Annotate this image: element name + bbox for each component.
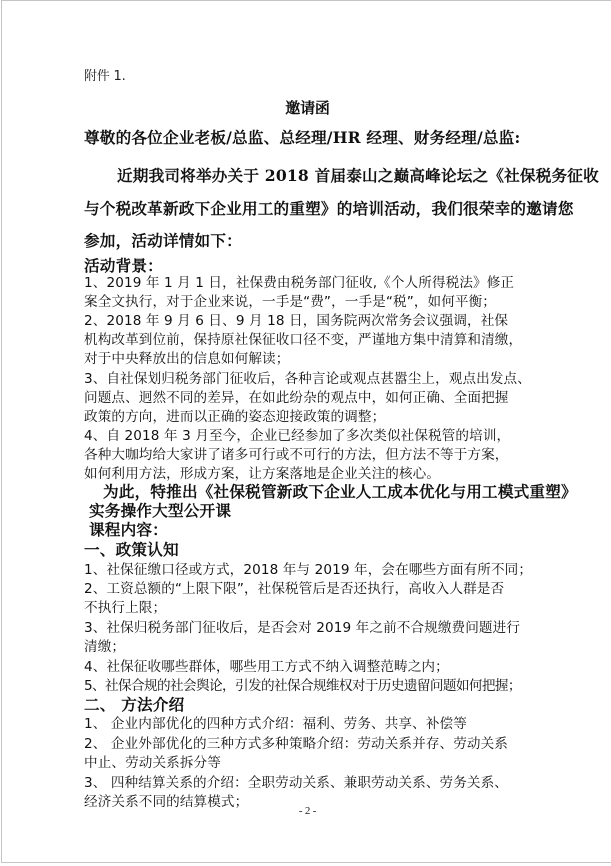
background-line: 2、2018 年 9 月 6 日、9 月 18 日，国务院两次常务会议强调，社保	[84, 312, 508, 331]
section-2-line: 中止、劳动关系拆分等	[84, 754, 221, 773]
background-line: 案全文执行，对于企业来说，一手是“费”，一手是“税”，如何平衡；	[84, 293, 496, 312]
background-line: 4、自 2018 年 3 月至今，企业已经参加了多次类似社保税管的培训，	[84, 427, 510, 446]
section-2-heading: 二、 方法介绍	[84, 695, 184, 714]
section-1-heading: 一、政策认知	[84, 541, 179, 560]
background-line: 1、2019 年 1 月 1 日，社保费由税务部门征收,《个人所得税法》修正	[84, 274, 514, 293]
section-2-line: 2、 企业外部优化的三种方式多种策略介绍：劳动关系并存、劳动关系	[84, 735, 508, 754]
section-2-line: 3、 四种结算关系的介绍：全职劳动关系、兼职劳动关系、劳务关系、	[84, 774, 508, 793]
page-number: - 2 -	[2, 802, 611, 821]
course-announcement: 为此，特推出《社保税管新政下企业人工成本优化与用工模式重塑》	[103, 483, 577, 502]
section-1-line: 1、社保征缴口径或方式，2018 年与 2019 年，会在哪些方面有所不同；	[84, 561, 532, 580]
background-line: 问题点、迥然不同的差异，在如此纷杂的观点中，如何正确、全面把握	[84, 389, 509, 408]
course-content-heading: 课程内容：	[89, 521, 168, 540]
section-1-line: 4、社保征收哪些群体，哪些用工方式不纳入调整范畴之内；	[84, 658, 449, 677]
section-1-line: 2、工资总额的“上限下限”，社保税管后是否还执行，高收入人群是否	[84, 580, 504, 599]
background-line: 各种大咖均给大家讲了诸多可行或不可行的方法，但方法不等于方案，	[84, 446, 509, 465]
attachment-label: 附件 1.	[84, 67, 126, 86]
intro-line-1: 近期我司将举办关于 2018 首届泰山之巅高峰论坛之《社保税务征收	[117, 166, 599, 185]
background-line: 机构改革到位前，保持原社保征收口径不变，严谨地方集中清算和清缴，	[84, 331, 522, 350]
section-1-line: 不执行上限；	[84, 599, 166, 618]
course-announcement-cont: 实务操作大型公开课	[89, 502, 231, 521]
section-1-line: 5、社保合规的社会舆论，引发的社保合规维权对于历史遗留问题如何把握；	[84, 677, 521, 696]
background-line: 如何利用方法，形成方案，让方案落地是企业关注的核心。	[84, 465, 440, 484]
section-1-line: 清缴；	[84, 638, 125, 657]
salutation: 尊敬的各位企业老板/总监、总经理/HR 经理、财务经理/总监:	[84, 128, 520, 147]
background-line: 政策的方向，进而以正确的姿态迎接政策的调整；	[84, 408, 385, 427]
section-2-line: 1、 企业内部优化的四种方式介绍：福利、劳务、共享、补偿等	[84, 715, 467, 734]
document-page: 附件 1. 邀请函 尊敬的各位企业老板/总监、总经理/HR 经理、财务经理/总监…	[1, 0, 611, 863]
intro-line-2: 与个税改革新政下企业用工的重塑》的培训活动，我们很荣幸的邀请您	[84, 199, 574, 218]
document-title: 邀请函	[2, 99, 611, 118]
background-line: 对于中央释放出的信息如何解读；	[84, 350, 289, 369]
section-1-line: 3、社保归税务部门征收后，是否会对 2019 年之前不合规缴费问题进行	[84, 619, 520, 638]
intro-line-3: 参加，活动详情如下：	[84, 231, 242, 250]
background-line: 3、自社保划归税务部门征收后，各种言论或观点甚嚣尘上，观点出发点、	[84, 370, 531, 389]
